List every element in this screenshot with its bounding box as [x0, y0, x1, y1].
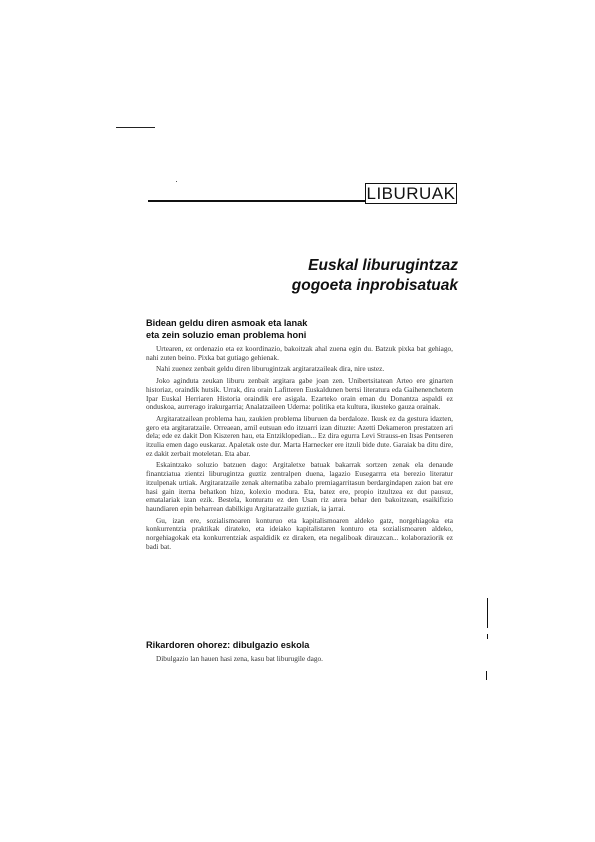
scan-speck: [176, 181, 177, 182]
margin-mark: [487, 634, 488, 639]
margin-mark: [486, 671, 487, 680]
paragraph: Joko aginduta zeukan liburu zenbait argi…: [146, 377, 453, 412]
margin-mark: [487, 598, 488, 628]
section-label-box: LIBURUAK: [365, 183, 457, 204]
top-left-rule: [116, 127, 155, 128]
paragraph: Eskaintzako soluzio batzuen dago: Argita…: [146, 461, 453, 513]
article-title-line2: gogoeta inprobisatuak: [270, 276, 458, 296]
paragraph: Dibulgazio lan hauen hasi zena, kasu bat…: [146, 655, 453, 664]
paragraph: Gu, izan ere, sozialismoaren konturuo et…: [146, 517, 453, 552]
paragraph: Argitaratzailean problema hau, zaukien p…: [146, 415, 453, 459]
section1-body: Urtearen, ez ordenazio eta ez koordinazi…: [146, 345, 453, 554]
section1-heading-line1: Bidean geldu diren asmoak eta lanak: [146, 318, 456, 330]
section1-heading-line2: eta zein soluzio eman problema honi: [146, 330, 456, 342]
paragraph: Urtearen, ez ordenazio eta ez koordinazi…: [146, 345, 453, 362]
section1-heading: Bidean geldu diren asmoak eta lanak eta …: [146, 318, 456, 341]
paragraph: Nahi zuenez zenbait geldu diren liburugi…: [146, 365, 453, 374]
section2-body: Dibulgazio lan hauen hasi zena, kasu bat…: [146, 655, 453, 667]
article-title-line1: Euskal liburugintzaz: [270, 256, 458, 276]
section-header-rule: [148, 200, 366, 202]
section2-heading: Rikardoren ohorez: dibulgazio eskola: [146, 640, 456, 652]
article-title: Euskal liburugintzaz gogoeta inprobisatu…: [270, 256, 458, 296]
